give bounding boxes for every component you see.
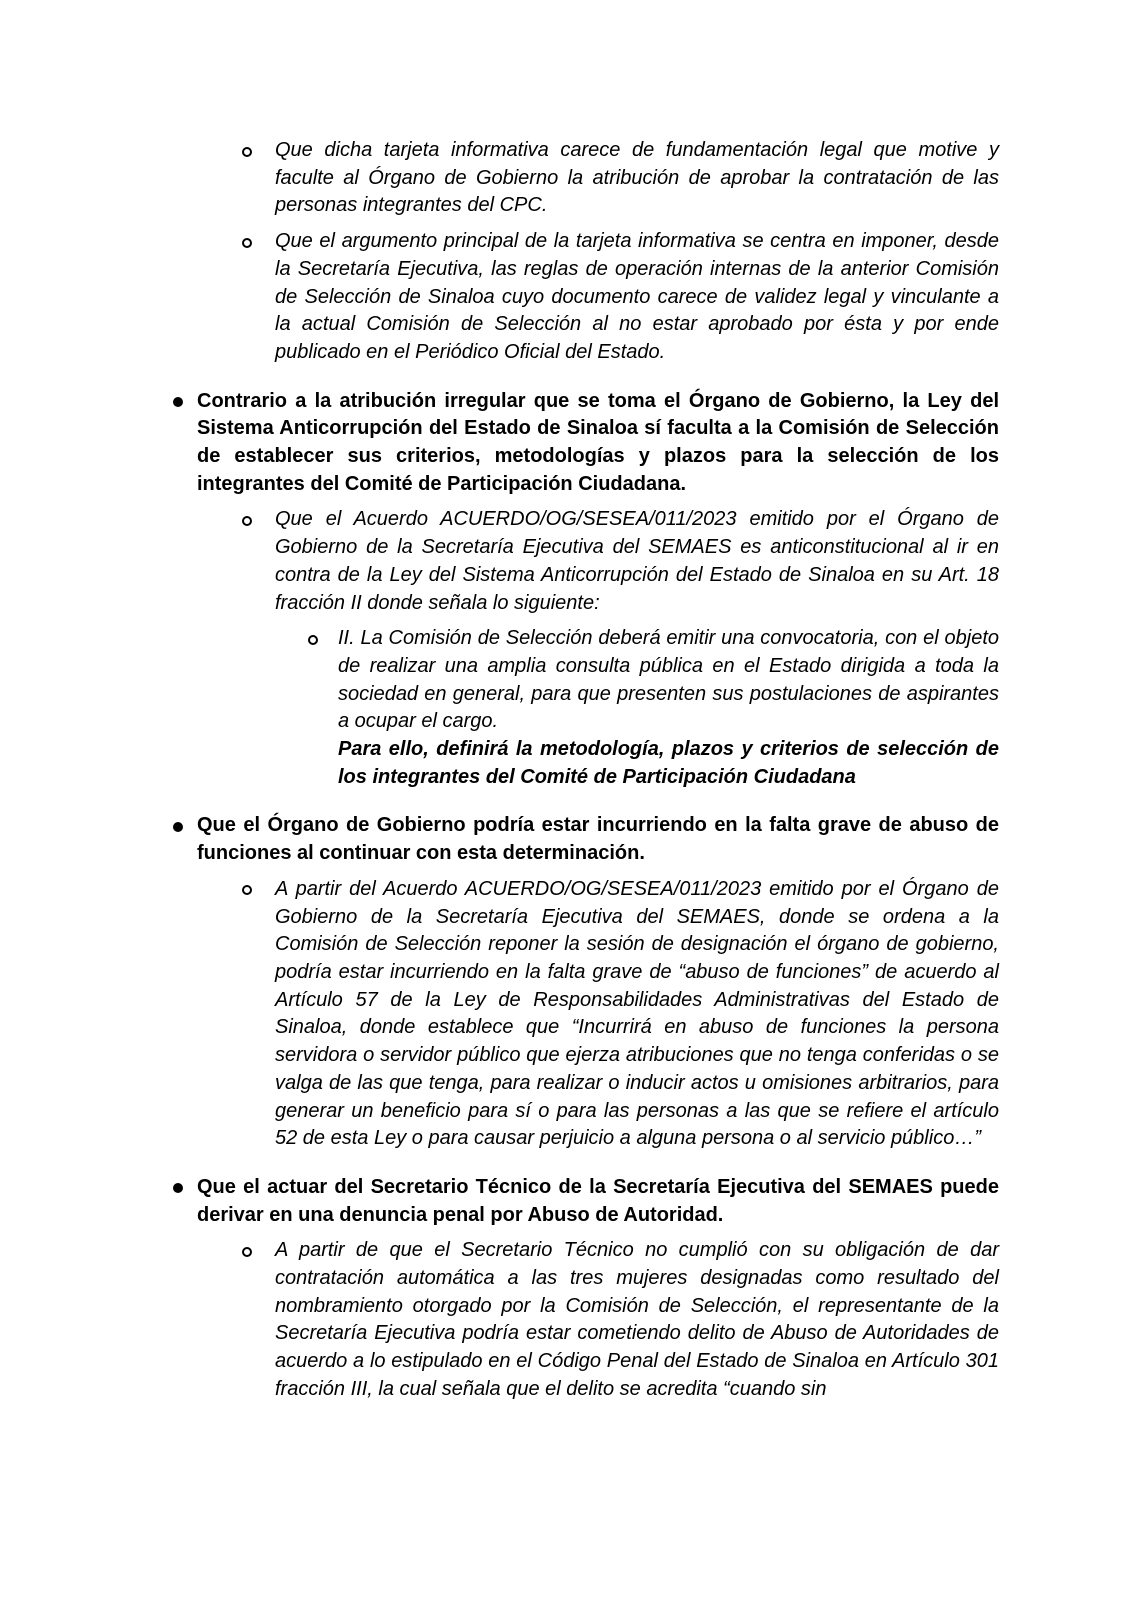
list-item: A partir del Acuerdo ACUERDO/OG/SESEA/01… <box>133 876 999 1153</box>
text-run: A partir de que el Secretario Técnico no… <box>275 1239 999 1400</box>
text-run: Que el Acuerdo ACUERDO/OG/SESEA/011/2023… <box>275 508 999 613</box>
list-item: II. La Comisión de Selección deberá emit… <box>133 625 999 791</box>
list-item-text: Que el Acuerdo ACUERDO/OG/SESEA/011/2023… <box>275 508 999 613</box>
list-item: Que el argumento principal de la tarjeta… <box>133 228 999 367</box>
circle-bullet-icon <box>242 885 252 895</box>
list-item: A partir de que el Secretario Técnico no… <box>133 1237 999 1403</box>
list-item-text: Contrario a la atribución irregular que … <box>197 390 999 495</box>
list-item: Que dicha tarjeta informativa carece de … <box>133 137 999 220</box>
list-item-text: Que dicha tarjeta informativa carece de … <box>275 139 999 216</box>
circle-bullet-icon <box>242 516 252 526</box>
text-run: II. La Comisión de Selección deberá emit… <box>338 627 999 732</box>
list-item: Que el Órgano de Gobierno podría estar i… <box>133 812 999 867</box>
disc-bullet-icon <box>173 1183 183 1193</box>
list-item-text: Que el actuar del Secretario Técnico de … <box>197 1176 999 1226</box>
list-item: Que el Acuerdo ACUERDO/OG/SESEA/011/2023… <box>133 506 999 617</box>
bold-text-run: Contrario a la atribución irregular que … <box>197 390 999 495</box>
disc-bullet-icon <box>173 397 183 407</box>
text-run: Que dicha tarjeta informativa carece de … <box>275 139 999 216</box>
text-run: A partir del Acuerdo ACUERDO/OG/SESEA/01… <box>275 878 999 1149</box>
circle-bullet-icon <box>242 238 252 248</box>
text-run: Que el argumento principal de la tarjeta… <box>275 230 999 363</box>
list-item-text: II. La Comisión de Selección deberá emit… <box>338 627 999 788</box>
disc-bullet-icon <box>173 822 183 832</box>
list-item-text: A partir de que el Secretario Técnico no… <box>275 1239 999 1400</box>
list-item-text: Que el argumento principal de la tarjeta… <box>275 230 999 363</box>
circle-bullet-icon <box>242 1247 252 1257</box>
document-content: Que dicha tarjeta informativa carece de … <box>133 137 999 1404</box>
bold-text-run: Que el Órgano de Gobierno podría estar i… <box>197 814 999 864</box>
circle-bullet-icon <box>242 147 252 157</box>
circle-bullet-icon <box>308 635 318 645</box>
document-page: Que dicha tarjeta informativa carece de … <box>0 0 1132 1600</box>
bold-text-run: Que el actuar del Secretario Técnico de … <box>197 1176 999 1226</box>
list-item: Contrario a la atribución irregular que … <box>133 388 999 499</box>
list-item: Que el actuar del Secretario Técnico de … <box>133 1174 999 1229</box>
list-item-text: Que el Órgano de Gobierno podría estar i… <box>197 814 999 864</box>
list-item-text: A partir del Acuerdo ACUERDO/OG/SESEA/01… <box>275 878 999 1149</box>
bold-text-run: Para ello, definirá la metodología, plaz… <box>338 738 999 788</box>
